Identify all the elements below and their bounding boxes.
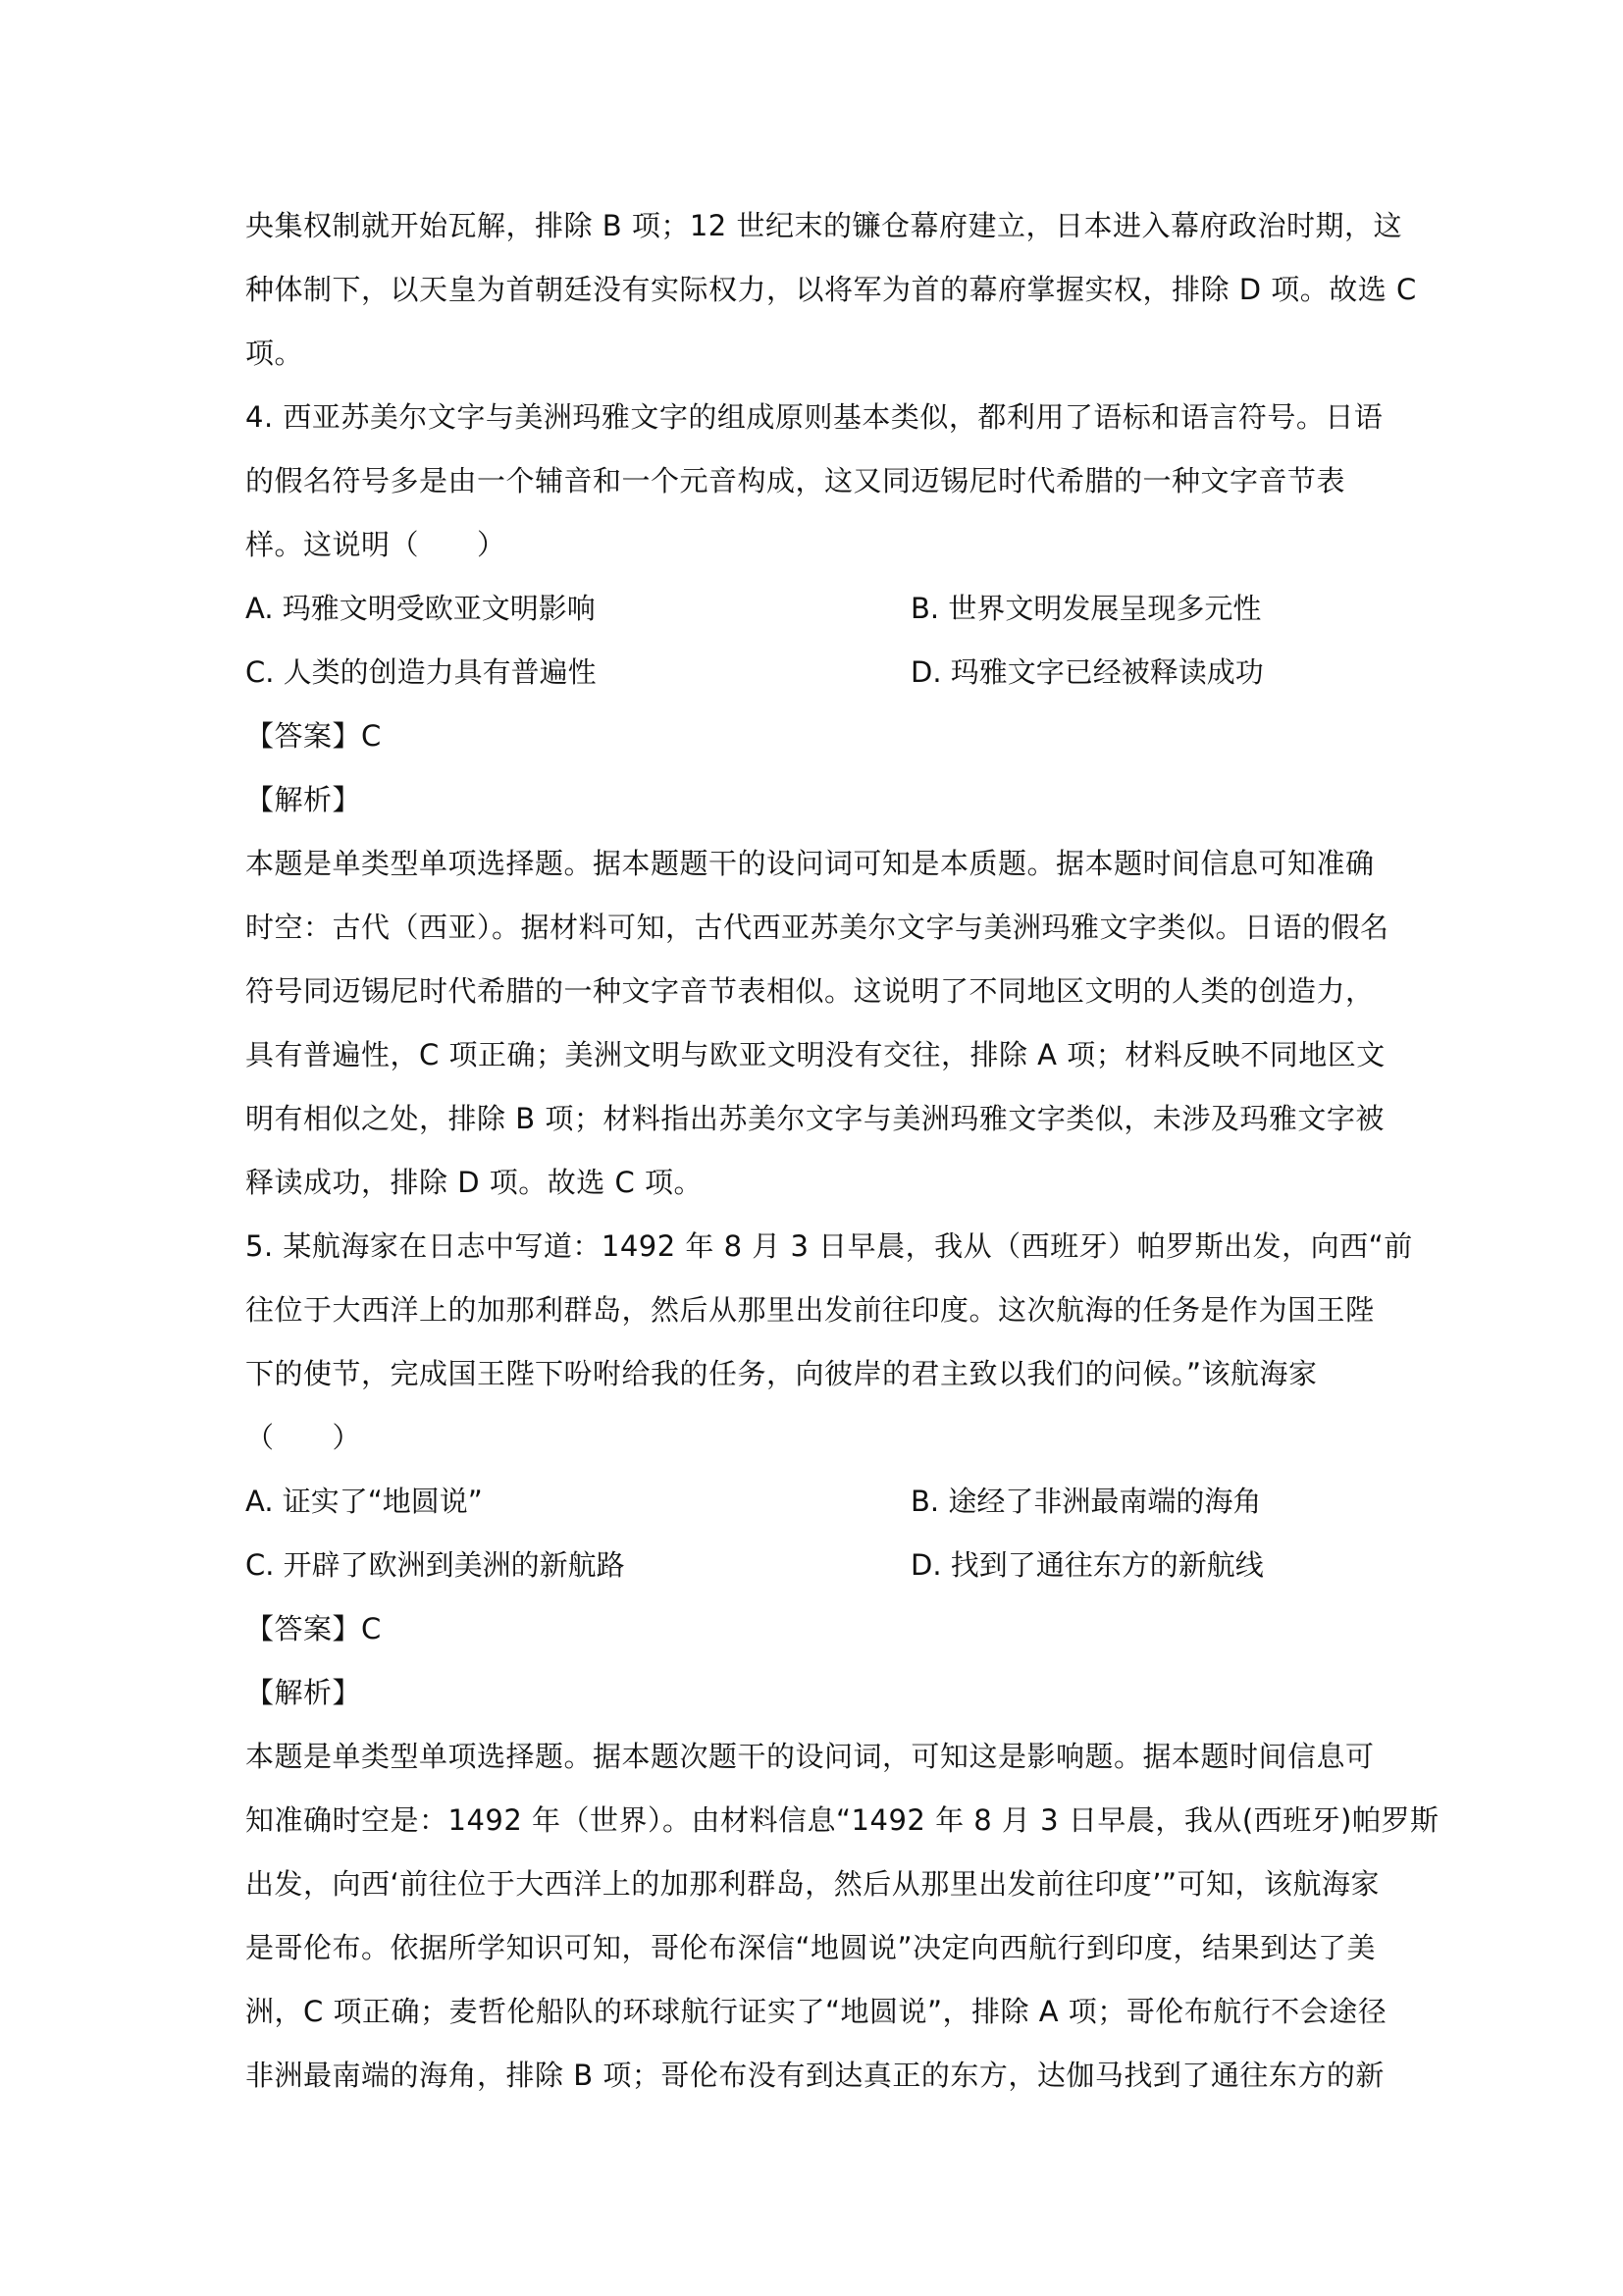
option-c: C. 人类的创造力具有普遍性 [245,652,597,692]
question-stem-line: 往位于大西洋上的加那利群岛，然后从那里出发前往印度。这次航海的任务是作为国王陛 [245,1290,1375,1330]
question-stem-line: 4. 西亚苏美尔文字与美洲玛雅文字的组成原则基本类似，都利用了语标和语言符号。日… [245,397,1383,437]
analysis-line: 出发，向西‘前往位于大西洋上的加那利群岛，然后从那里出发前往印度’”可知，该航海… [245,1864,1380,1904]
analysis-line: 非洲最南端的海角，排除 B 项；哥伦布没有到达真正的东方，达伽马找到了通往东方的… [245,2056,1385,2095]
question-stem-line: 下的使节，完成国王陛下吩咐给我的任务，向彼岸的君主致以我们的问候。”该航海家 [245,1354,1318,1393]
option-b: B. 途经了非洲最南端的海角 [911,1482,1261,1521]
option-a: A. 玛雅文明受欧亚文明影响 [245,589,596,628]
answer-label: 【答案】C [245,716,382,756]
analysis-line: 具有普遍性，C 项正确；美洲文明与欧亚文明没有交往，排除 A 项；材料反映不同地… [245,1035,1386,1074]
option-b: B. 世界文明发展呈现多元性 [911,589,1261,628]
option-a: A. 证实了“地圆说” [245,1482,483,1521]
analysis-line: 明有相似之处，排除 B 项；材料指出苏美尔文字与美洲玛雅文字类似，未涉及玛雅文字… [245,1099,1385,1138]
question-stem-line: （ ） [245,1418,361,1457]
answer-label: 【答案】C [245,1609,382,1648]
analysis-line: 符号同迈锡尼时代希腊的一种文字音节表相似。这说明了不同地区文明的人类的创造力， [245,971,1375,1011]
option-d: D. 找到了通往东方的新航线 [911,1545,1264,1585]
question-stem-line: 样。这说明（ ） [245,525,506,564]
option-d: D. 玛雅文字已经被释读成功 [911,652,1264,692]
text-line: 项。 [245,334,303,373]
analysis-line: 释读成功，排除 D 项。故选 C 项。 [245,1163,703,1202]
analysis-line: 本题是单类型单项选择题。据本题次题干的设问词，可知这是影响题。据本题时间信息可 [245,1737,1375,1776]
analysis-line: 本题是单类型单项选择题。据本题题干的设问词可知是本质题。据本题时间信息可知准确 [245,844,1375,883]
option-c: C. 开辟了欧洲到美洲的新航路 [245,1545,625,1585]
analysis-label: 【解析】 [245,1673,361,1712]
analysis-line: 知准确时空是：1492 年（世界）。由材料信息“1492 年 8 月 3 日早晨… [245,1800,1439,1840]
analysis-line: 洲，C 项正确；麦哲伦船队的环球航行证实了“地圆说”，排除 A 项；哥伦布航行不… [245,1992,1387,2031]
analysis-line: 时空：古代（西亚）。据材料可知，古代西亚苏美尔文字与美洲玛雅文字类似。日语的假名 [245,908,1389,947]
text-line: 央集权制就开始瓦解，排除 B 项；12 世纪末的镰仓幕府建立，日本进入幕府政治时… [245,206,1402,245]
analysis-label: 【解析】 [245,780,361,819]
question-stem-line: 5. 某航海家在日志中写道：1492 年 8 月 3 日早晨，我从（西班牙）帕罗… [245,1226,1413,1266]
question-stem-line: 的假名符号多是由一个辅音和一个元音构成，这又同迈锡尼时代希腊的一种文字音节表 [245,461,1345,500]
analysis-line: 是哥伦布。依据所学知识可知，哥伦布深信“地圆说”决定向西航行到印度，结果到达了美 [245,1928,1376,1967]
text-line: 种体制下，以天皇为首朝廷没有实际权力，以将军为首的幕府掌握实权，排除 D 项。故… [245,270,1417,309]
